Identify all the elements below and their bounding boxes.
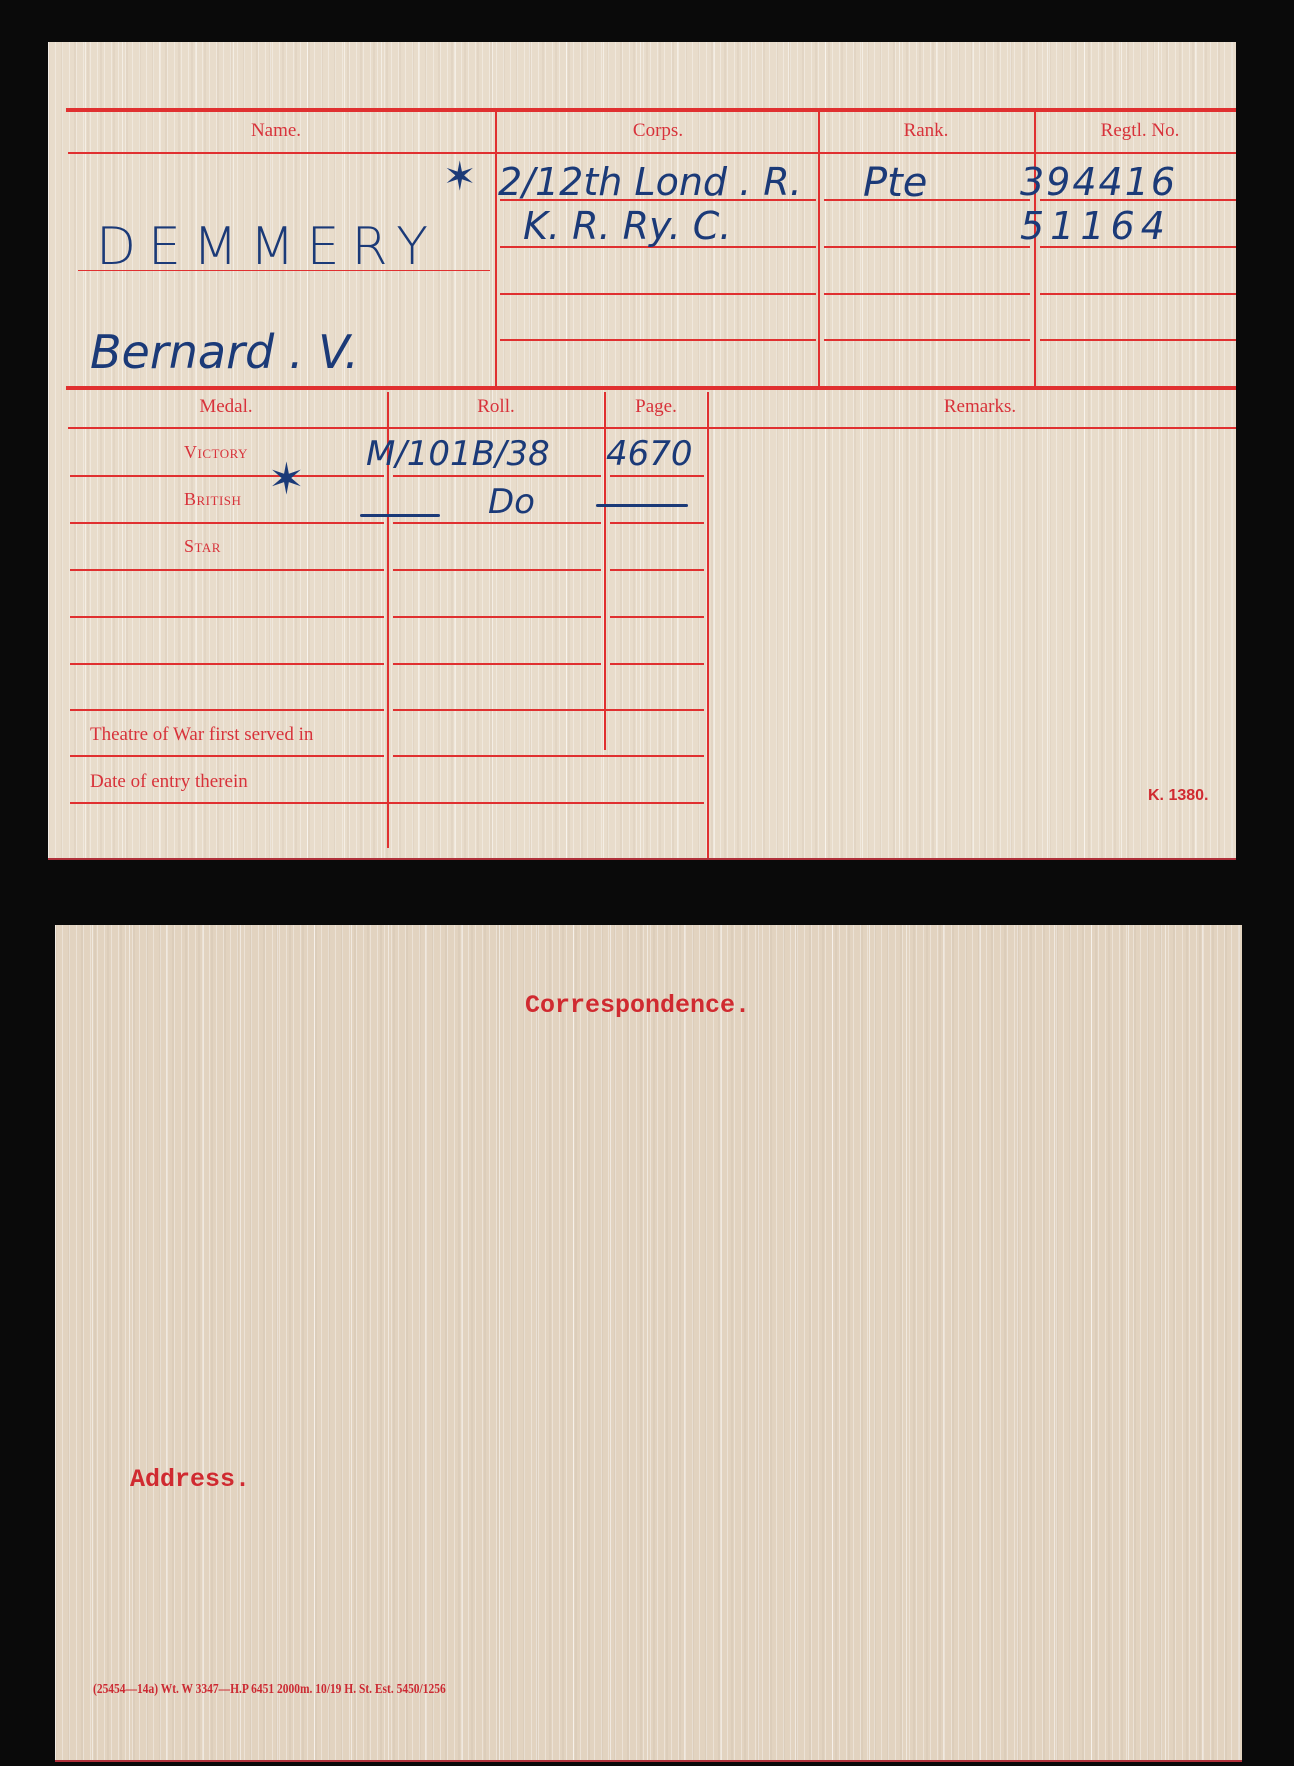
divider-name-corps xyxy=(495,112,497,388)
regtl-no-1: 394416 xyxy=(1020,160,1177,204)
row-rule xyxy=(393,709,704,711)
row-rule xyxy=(610,663,704,665)
row-rule xyxy=(70,569,384,571)
row-rule xyxy=(70,475,384,477)
divider-corps-rank xyxy=(818,112,820,388)
header-medal: Medal. xyxy=(199,396,252,418)
row-rule xyxy=(70,709,384,711)
row-rule xyxy=(70,616,384,618)
row-rule xyxy=(824,293,1030,295)
row-rule xyxy=(70,522,384,524)
medal-index-card-front: Name. Corps. Rank. Regtl. No. ✶ 2/12th L… xyxy=(48,42,1236,860)
header-rank: Rank. xyxy=(904,120,949,142)
regtl-no-2: 51164 xyxy=(1020,204,1171,248)
date-label: Date of entry therein xyxy=(90,771,248,793)
row-rule xyxy=(70,663,384,665)
top-rule xyxy=(66,108,1236,112)
row-rule xyxy=(393,755,704,757)
row-rule xyxy=(824,339,1030,341)
medal-victory-page: 4670 xyxy=(606,434,693,474)
address-label: Address. xyxy=(130,1465,250,1494)
medal-victory-label: Victory xyxy=(184,442,248,463)
row-rule xyxy=(610,616,704,618)
header-page: Page. xyxy=(635,396,677,418)
header-name: Name. xyxy=(251,120,301,142)
forenames: Bernard . V. xyxy=(90,325,359,379)
ditto-line-page xyxy=(596,504,688,507)
medal-victory-roll: M/101B/38 xyxy=(366,434,550,474)
row-rule xyxy=(393,569,601,571)
header-corps: Corps. xyxy=(633,120,683,142)
correspondence-label: Correspondence. xyxy=(525,991,750,1020)
ditto-line-roll xyxy=(360,514,440,517)
row-rule xyxy=(500,339,816,341)
header-remarks: Remarks. xyxy=(944,396,1016,418)
header-roll: Roll. xyxy=(477,396,514,418)
middle-rule xyxy=(66,386,1236,390)
medal-victory-mark: ✶ xyxy=(268,454,305,505)
row-rule xyxy=(610,569,704,571)
header-regtl-no: Regtl. No. xyxy=(1101,120,1180,142)
row-rule xyxy=(393,475,601,477)
row-rule xyxy=(70,802,704,804)
medal-star-label: Star xyxy=(184,536,221,557)
corps-line-2: K. R. Ry. C. xyxy=(523,204,731,248)
medal-index-card-back: Correspondence. Address. (25454—14a) Wt.… xyxy=(55,925,1242,1762)
corps-line-1: 2/12th Lond . R. xyxy=(498,160,802,204)
form-number: K. 1380. xyxy=(1148,787,1208,805)
row-rule xyxy=(610,522,704,524)
rank-value: Pte xyxy=(863,160,927,206)
divider-page-remarks xyxy=(707,392,709,858)
row-rule xyxy=(1040,339,1236,341)
name-mark: ✶ xyxy=(443,154,477,200)
row-rule xyxy=(393,522,601,524)
divider-rank-regtl xyxy=(1034,112,1036,388)
header-rule xyxy=(68,152,1236,154)
printer-imprint: (25454—14a) Wt. W 3347—H.P 6451 2000m. 1… xyxy=(93,1682,446,1698)
medal-british-roll: Do xyxy=(488,482,535,522)
row-rule xyxy=(393,663,601,665)
theatre-label: Theatre of War first served in xyxy=(90,724,313,746)
medal-british-label: British xyxy=(184,489,241,510)
row-rule xyxy=(1040,293,1236,295)
row-rule xyxy=(393,616,601,618)
medal-header-rule xyxy=(68,427,1236,429)
row-rule xyxy=(824,246,1030,248)
row-rule xyxy=(70,755,384,757)
row-rule xyxy=(500,293,816,295)
surname: DEMMERY xyxy=(96,217,440,277)
row-rule xyxy=(610,475,704,477)
